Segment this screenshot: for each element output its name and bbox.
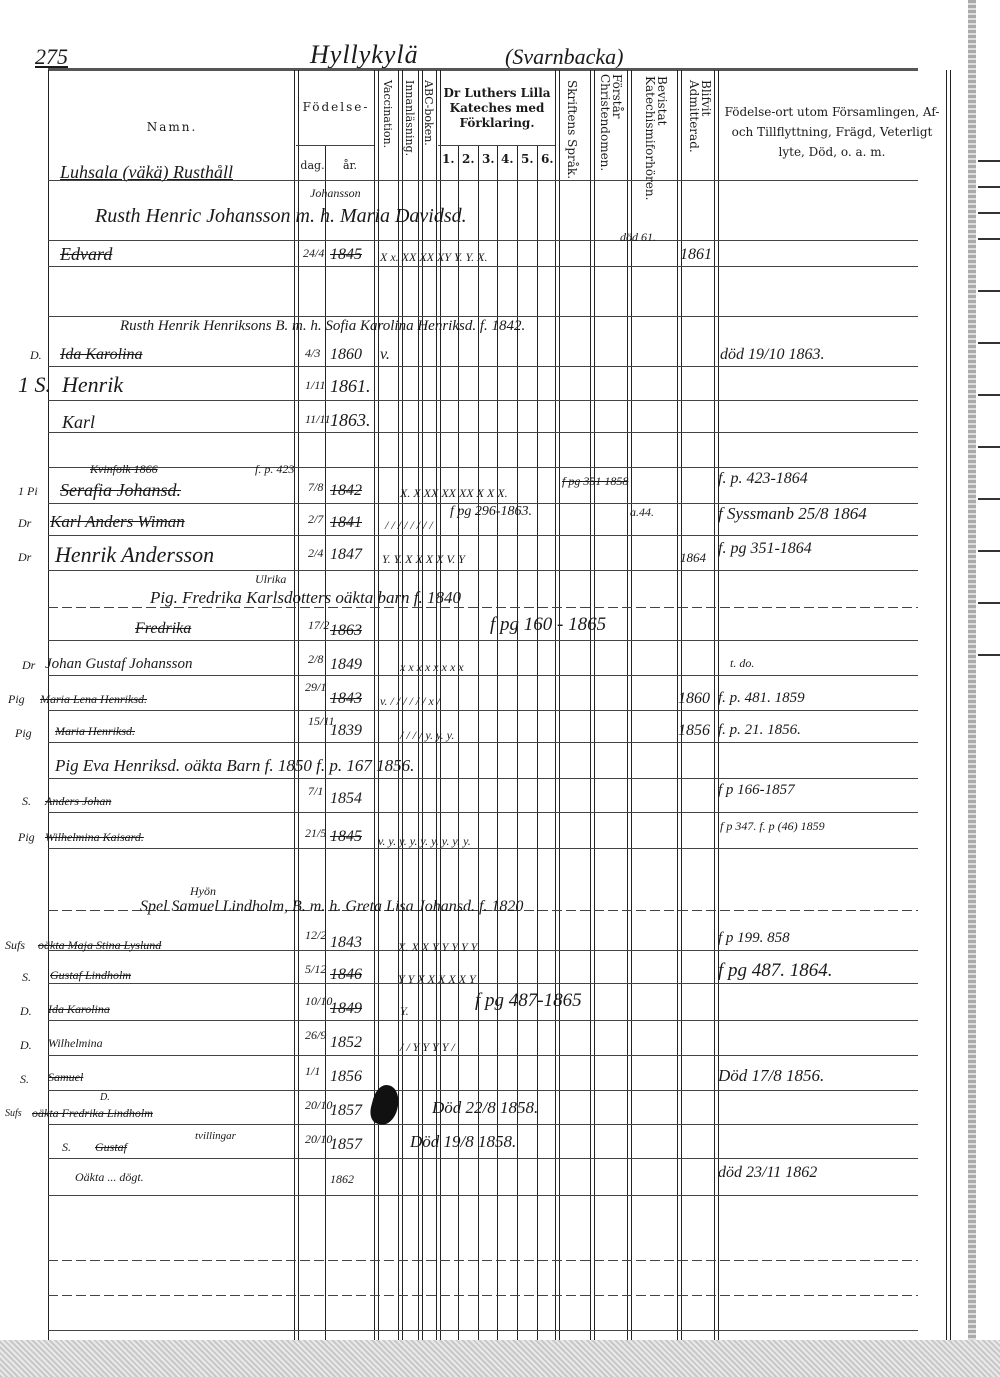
grid-line xyxy=(627,70,632,1340)
death-note: Död 22/8 1858. xyxy=(432,1098,538,1118)
row-rule xyxy=(48,1020,918,1021)
next-page-rule xyxy=(978,212,1000,214)
exam-marks: x x x x x x x x xyxy=(400,660,464,675)
page-binding-edge xyxy=(968,0,976,1377)
row-rule xyxy=(48,1090,918,1091)
next-page-rule xyxy=(978,394,1000,396)
role-prefix: Sufs xyxy=(5,1108,22,1119)
col-header-luther-4: 4. xyxy=(501,152,514,166)
col-header-abc: ABC-boken. xyxy=(422,80,434,170)
birth-day: 20/10 xyxy=(305,1098,332,1113)
birth-day: 2/7 xyxy=(308,512,323,527)
role-prefix: Pig xyxy=(15,726,32,741)
person-name: Wilhelmina Kaisard. xyxy=(45,830,144,845)
exam-marks: v. y. y. y. y. y. y. y. y. xyxy=(378,834,471,849)
exam-marks: / / Y Y Y Y / xyxy=(400,1040,455,1055)
exam-marks: Y Y X X X X X Y xyxy=(398,972,476,987)
birth-day: 17/2 xyxy=(308,618,329,633)
row-rule xyxy=(48,467,918,468)
birth-year: 1852 xyxy=(330,1034,362,1052)
col-header-luther-2: 2. xyxy=(462,152,475,166)
header-rule xyxy=(438,145,555,146)
reading-note: f pg 351 1858 xyxy=(562,474,628,489)
household-header: Spel Samuel Lindholm, B. m. h. Greta Lis… xyxy=(140,898,523,916)
row-rule xyxy=(48,316,918,317)
person-name: Ida Karolina xyxy=(48,1002,110,1017)
row-rule xyxy=(48,1124,918,1125)
admitted-year: 1860 xyxy=(678,690,710,708)
role-prefix: S. xyxy=(22,794,31,809)
household-header: Rusth Henrik Henriksons B. m. h. Sofia K… xyxy=(120,318,525,335)
role-prefix: D. xyxy=(30,348,42,363)
household-note: död 61. xyxy=(620,230,656,245)
row-rule xyxy=(48,570,918,571)
person-name: Henrik Andersson xyxy=(55,542,214,568)
role-prefix: Dr xyxy=(22,658,35,673)
household-header: Rusth Henric Johansson m. h. Maria David… xyxy=(95,205,467,228)
birth-year: 1863. xyxy=(330,410,371,431)
role-prefix: D. xyxy=(20,1004,32,1019)
admitted-year: 1864 xyxy=(680,550,706,566)
person-name: Edvard xyxy=(60,244,112,265)
reading-note: f pg 487-1865 xyxy=(475,990,582,1012)
name-note: D. xyxy=(100,1092,110,1103)
birth-day: 7/8 xyxy=(308,480,323,495)
col-header-luther-1: 1. xyxy=(442,152,455,166)
grid-line xyxy=(555,70,560,1340)
place-title: Hyllykylä xyxy=(310,40,419,70)
next-page-rule xyxy=(978,654,1000,656)
birth-day: 2/8 xyxy=(308,652,323,667)
role-prefix: Pig xyxy=(18,830,35,845)
remark: f p 199. 858 xyxy=(718,930,790,947)
row-rule xyxy=(48,640,918,641)
birth-year: 1843 xyxy=(330,934,362,952)
birth-day: 29/1 xyxy=(305,680,326,695)
col-header-ar: år. xyxy=(330,158,370,173)
birth-day: 7/1 xyxy=(308,784,323,799)
catechism-note: a.44. xyxy=(630,505,654,520)
row-rule xyxy=(48,432,918,433)
grid-line xyxy=(374,70,379,1340)
birth-day: 1/1 xyxy=(305,1064,320,1079)
exam-marks: / / / / y. y. y. xyxy=(400,728,454,743)
role-prefix: 1 Pi xyxy=(18,484,38,499)
row-rule xyxy=(48,1195,918,1196)
birth-day: 11/11 xyxy=(305,412,331,427)
col-header-namn: Namn. xyxy=(50,120,294,135)
grid-line xyxy=(946,70,951,1340)
birth-year: 1847 xyxy=(330,546,362,564)
remark: f pg 487. 1864. xyxy=(718,960,833,982)
row-rule xyxy=(48,742,918,743)
row-rule xyxy=(48,983,918,984)
birth-day: 26/9 xyxy=(305,1028,326,1043)
col-header-fodelseort: Födelse-ort utom Församlingen, Af- och T… xyxy=(722,102,942,162)
next-page-rule xyxy=(978,550,1000,552)
birth-day: 2/4 xyxy=(308,546,323,561)
birth-year: 1842 xyxy=(330,482,362,500)
birth-day: 20/10 xyxy=(305,1132,332,1147)
next-page-rule xyxy=(978,290,1000,292)
birth-day: 21/5 xyxy=(305,826,326,841)
row-rule xyxy=(48,1295,918,1296)
farm-name: Luhsala (väkä) Rusthåll xyxy=(60,162,233,183)
person-name: Karl xyxy=(62,412,95,433)
header-rule xyxy=(296,145,374,146)
person-name: Henrik xyxy=(62,372,123,398)
page-number: 275 xyxy=(35,44,68,70)
birth-day: 12/2 xyxy=(305,928,326,943)
role-prefix: S. xyxy=(62,1140,71,1155)
row-rule xyxy=(48,400,918,401)
col-header-luther-5: 5. xyxy=(521,152,534,166)
row-rule xyxy=(48,266,918,267)
col-header-skriftens: Skriftens Språk. xyxy=(566,80,578,180)
grid-line xyxy=(294,70,299,1340)
birth-day: 10/10 xyxy=(305,994,332,1009)
next-page-rule xyxy=(978,446,1000,448)
birth-year: 1863 xyxy=(330,622,362,640)
col-header-luther-3: 3. xyxy=(482,152,495,166)
grid-line xyxy=(590,70,595,1340)
birth-day: 1/11 xyxy=(305,378,325,393)
exam-marks: v. xyxy=(380,346,390,364)
birth-year: 1856 xyxy=(330,1068,362,1086)
person-name: Maria Henriksd. xyxy=(55,724,135,739)
birth-year: 1862 xyxy=(330,1172,354,1187)
person-name: Anders Johan xyxy=(45,794,111,809)
birth-year: 1845 xyxy=(330,828,362,846)
next-page-rule xyxy=(978,498,1000,500)
row-note: f. p. 423 xyxy=(255,462,294,477)
birth-day: 5/12 xyxy=(305,962,326,977)
person-name: Johan Gustaf Johansson xyxy=(45,656,193,673)
role-prefix: Sufs xyxy=(5,938,25,953)
place-subtitle: (Svarnbacka) xyxy=(505,44,624,70)
next-page-rule xyxy=(978,602,1000,604)
birth-year: 1841 xyxy=(330,514,362,532)
death-note: Död 19/8 1858. xyxy=(410,1132,516,1152)
role-prefix: Dr xyxy=(18,516,31,531)
exam-marks: Y. xyxy=(400,1004,409,1019)
next-page-rule xyxy=(978,160,1000,162)
col-header-vaccination: Vaccination. xyxy=(381,80,393,176)
next-page-rule xyxy=(978,186,1000,188)
exam-marks: X. X XX XX XX X X X. xyxy=(400,486,508,501)
remark: f. p. 423-1864 xyxy=(718,470,808,488)
remark: t. do. xyxy=(730,656,754,671)
role-prefix: S. xyxy=(22,970,31,985)
remark: f. p. 481. 1859 xyxy=(718,690,805,707)
admitted-year: 1856 xyxy=(678,722,710,740)
person-name: Gustaf xyxy=(95,1140,127,1155)
exam-marks: X x. XX XX XY Y. Y. X. xyxy=(380,250,487,265)
row-rule xyxy=(48,778,918,779)
birth-year: 1857 xyxy=(330,1136,362,1154)
remark: f. pg 351-1864 xyxy=(718,540,812,558)
exam-marks: v. / / / / / / x / xyxy=(380,694,440,709)
remark: f p 347. f. p (46) 1859 xyxy=(720,818,840,834)
col-header-bevistat: Bevistat Katechismiforhören. xyxy=(638,76,668,180)
person-name: oäkta Maja Stina Lyslund xyxy=(38,938,161,953)
next-page-rule xyxy=(978,342,1000,344)
row-rule xyxy=(48,240,918,241)
birth-year: 1846 xyxy=(330,966,362,984)
row-rule xyxy=(48,366,918,367)
role-prefix: Dr xyxy=(18,550,31,565)
birth-year: 1857 xyxy=(330,1102,362,1120)
exam-marks: Y. Y. X X X X V. Y xyxy=(382,552,465,567)
next-page-rule xyxy=(978,238,1000,240)
birth-year: 1845 xyxy=(330,246,362,264)
birth-day: 24/4 xyxy=(303,246,324,261)
row-rule xyxy=(48,1330,918,1331)
person-name: Wilhelmina xyxy=(48,1036,103,1051)
col-header-blifvit: Blifvit Admitterad. xyxy=(686,80,712,176)
person-name: Samuel xyxy=(48,1070,83,1085)
role-prefix: S. xyxy=(20,1072,29,1087)
role-prefix: D. xyxy=(20,1038,32,1053)
scan-background xyxy=(0,1340,1000,1377)
birth-year: 1843 xyxy=(330,690,362,708)
col-header-dag: dag. xyxy=(300,158,325,173)
row-rule xyxy=(48,812,918,813)
row-rule xyxy=(48,1260,918,1261)
birth-year: 1861. xyxy=(330,376,371,397)
top-rule xyxy=(48,68,918,71)
reading-note: f pg 160 - 1865 xyxy=(490,614,606,636)
row-rule xyxy=(48,1055,918,1056)
header-note: Johansson xyxy=(310,186,361,201)
birth-year: 1839 xyxy=(330,722,362,740)
household-header: Pig. Fredrika Karlsdotters oäkta barn f.… xyxy=(150,588,461,608)
person-name: Gustaf Lindholm xyxy=(50,968,131,983)
birth-year: 1860 xyxy=(330,346,362,364)
exam-marks: / / / / / / / / xyxy=(385,518,433,533)
role-prefix: 1 S. xyxy=(18,372,51,398)
col-header-luther-6: 6. xyxy=(541,152,554,166)
person-name: oäkta Fredrika Lindholm xyxy=(32,1106,153,1121)
person-name: Pig Eva Henriksd. oäkta Barn f. 1850 f. … xyxy=(55,756,414,776)
person-name: Kvinfolk 1866 xyxy=(90,462,158,477)
exam-marks: X. X X Y Y Y Y Y xyxy=(398,940,477,955)
remark: f. p. 21. 1856. xyxy=(718,722,801,739)
birth-year: 1849 xyxy=(330,1000,362,1018)
row-rule xyxy=(48,950,918,951)
person-name: Ida Karolina xyxy=(60,346,143,364)
col-header-innanlasning: Innanläsning. xyxy=(403,80,415,176)
person-name: Serafia Johansd. xyxy=(60,480,181,501)
col-header-luther: Dr Luthers Lilla Kateches med Förklaring… xyxy=(440,86,554,131)
person-name: Fredrika xyxy=(135,620,191,638)
reading-note: f pg 296-1863. xyxy=(450,504,532,520)
col-header-forstar: Förstår Christendomen. xyxy=(597,74,623,180)
row-rule xyxy=(48,710,918,711)
birth-day: 4/3 xyxy=(305,346,320,361)
row-rule xyxy=(48,1158,918,1159)
remark: f Syssmanb 25/8 1864 xyxy=(718,504,867,524)
row-rule xyxy=(48,848,918,849)
col-header-fodelse: Födelse- xyxy=(298,100,374,115)
person-name: Karl Anders Wiman xyxy=(50,512,185,532)
remark: död 19/10 1863. xyxy=(720,346,824,364)
birth-year: 1854 xyxy=(330,790,362,808)
person-name: Oäkta ... dögt. xyxy=(75,1170,144,1185)
twins-note: tvillingar xyxy=(195,1130,236,1142)
role-prefix: Pig xyxy=(8,692,25,707)
remark: död 23/11 1862 xyxy=(718,1164,817,1182)
admitted-year: 1861 xyxy=(680,246,712,264)
person-name: Maria Lena Henriksd. xyxy=(40,692,147,707)
row-rule xyxy=(48,535,918,536)
remark: Död 17/8 1856. xyxy=(718,1066,824,1086)
remark: f p 166-1857 xyxy=(718,782,795,799)
header-note: Ulrika xyxy=(255,572,286,587)
header-note: Hyön xyxy=(190,884,216,899)
row-rule xyxy=(48,675,918,676)
birth-year: 1849 xyxy=(330,656,362,674)
